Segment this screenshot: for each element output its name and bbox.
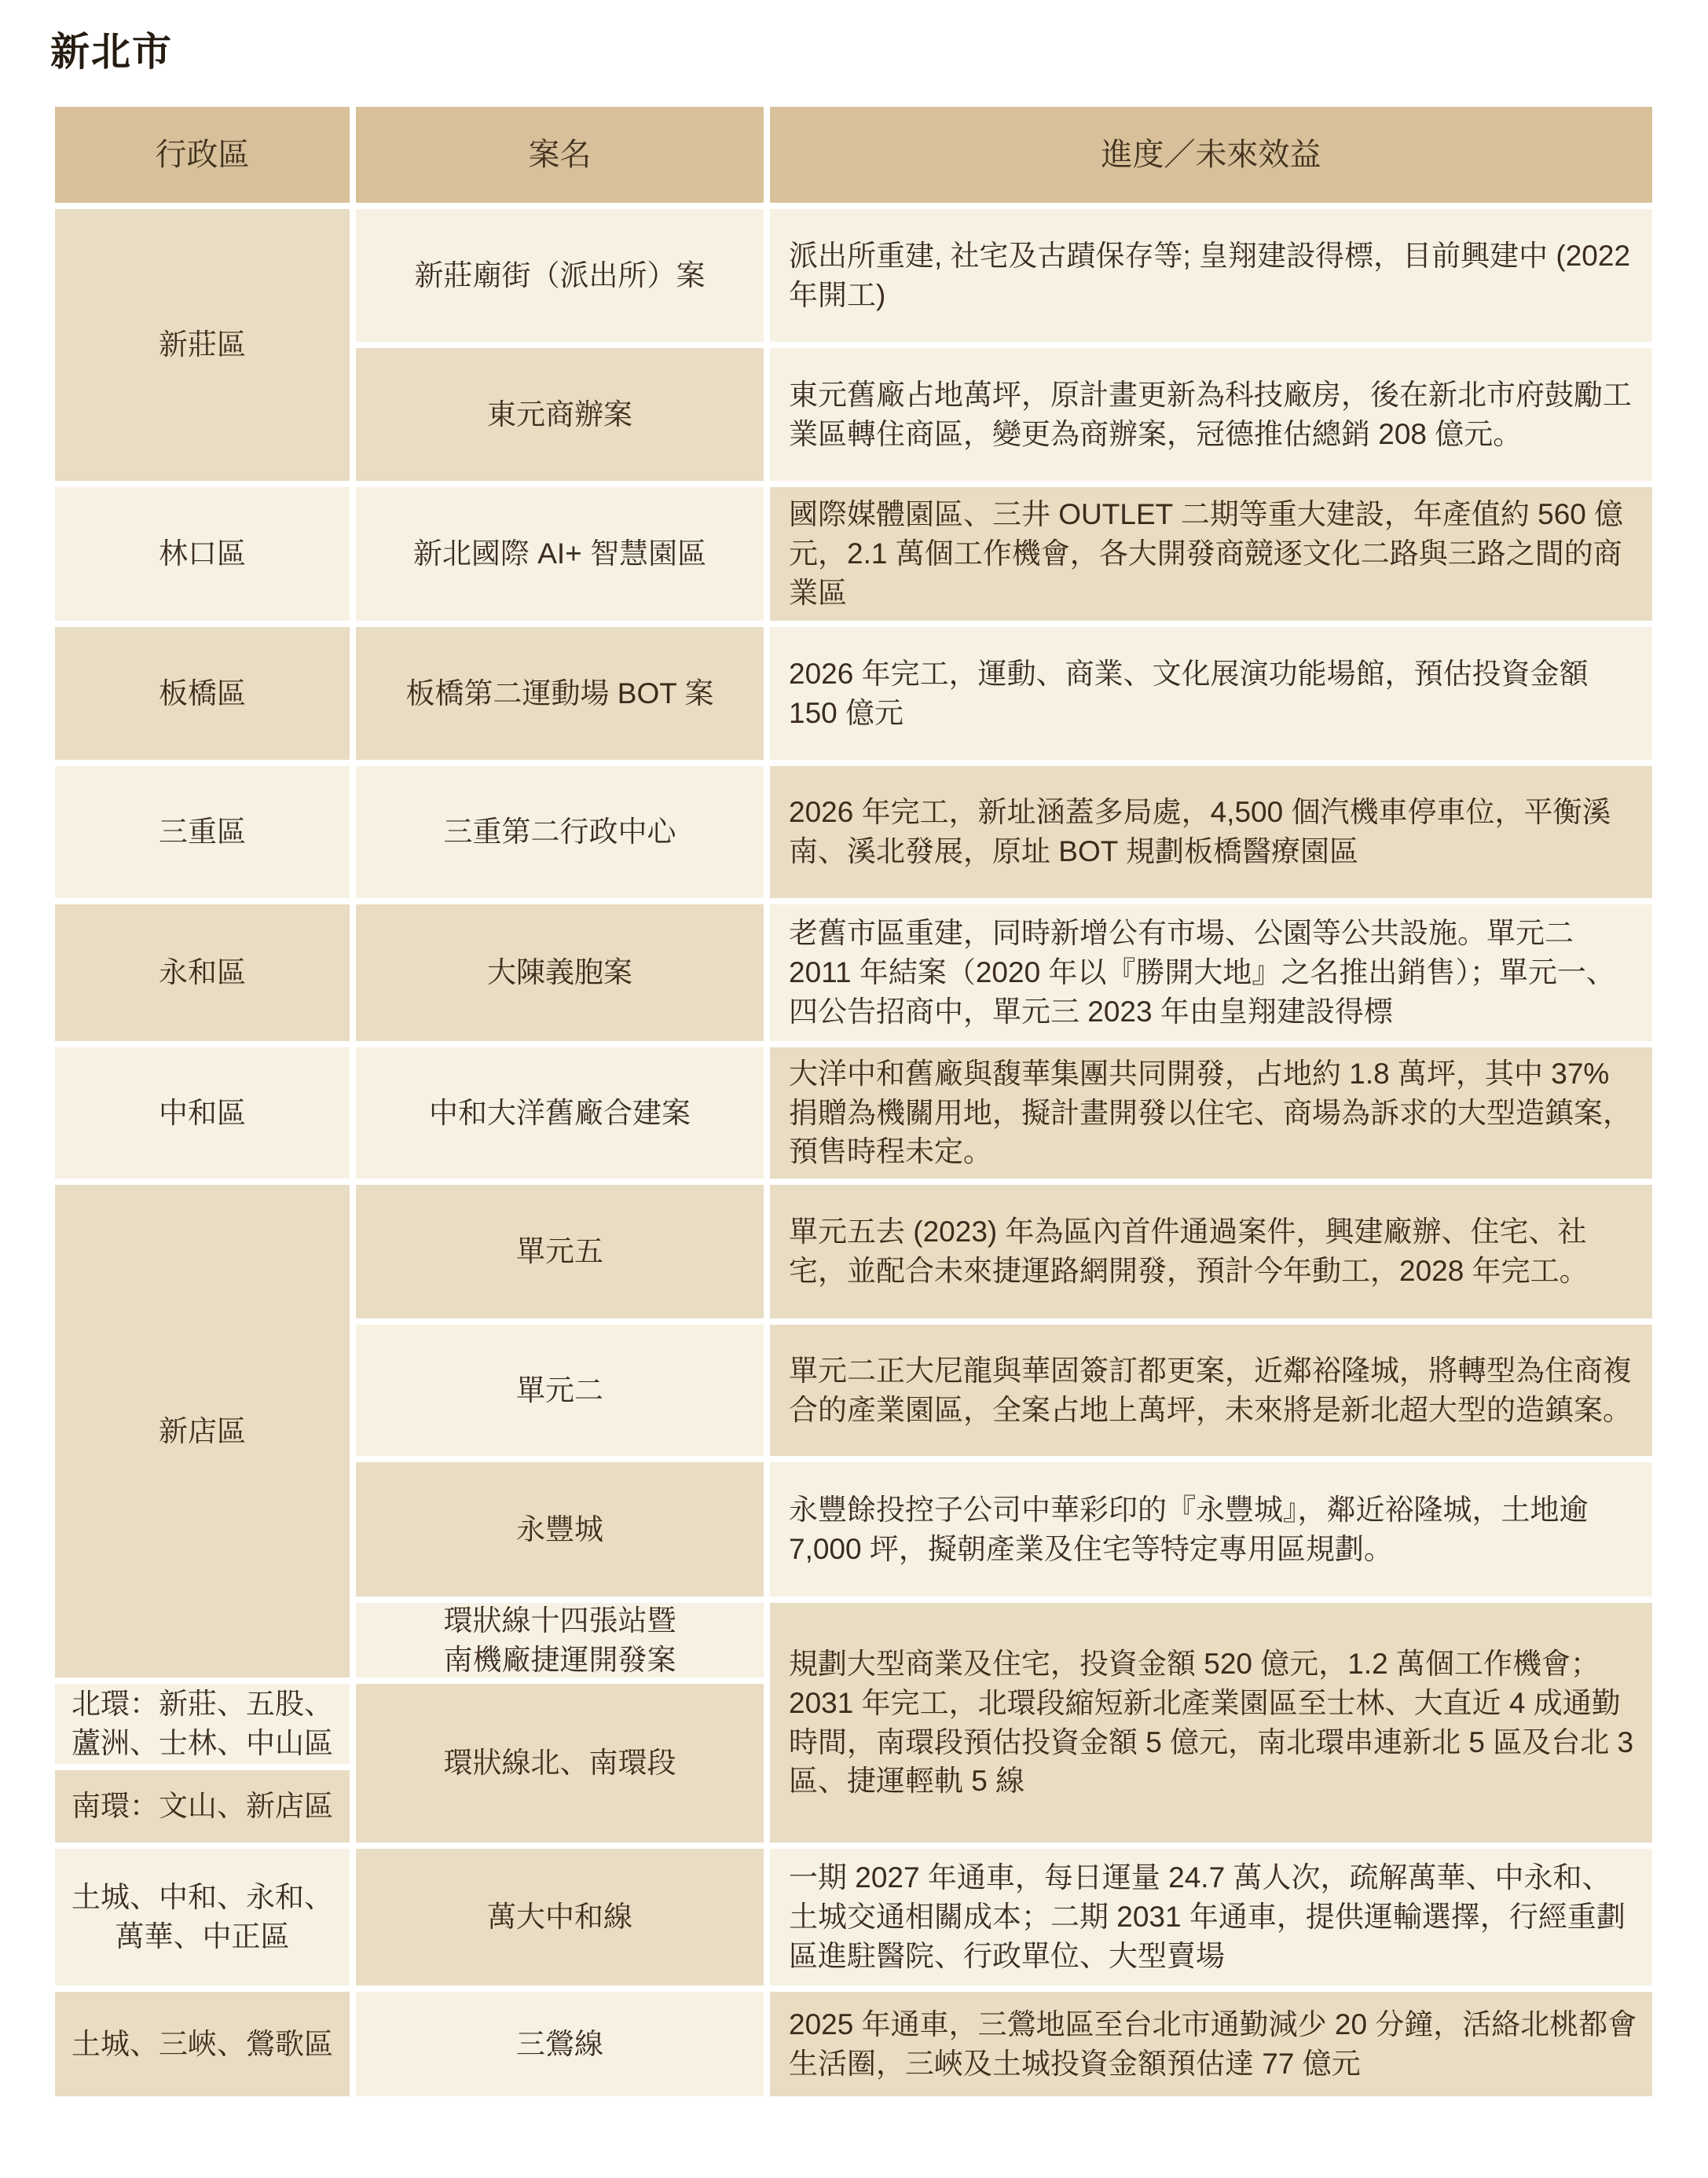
project-cell: 單元二 [356, 1325, 764, 1456]
progress-cell: 大洋中和舊廠與馥華集團共同開發，占地約 1.8 萬坪，其中 37% 捐贈為機關用… [770, 1047, 1652, 1179]
progress-text: 2026 年完工，運動、商業、文化展演功能場館，預估投資金額 150 億元 [789, 654, 1638, 733]
progress-cell: 國際媒體園區、三井 OUTLET 二期等重大建設，年產值約 560 億元，2.1… [770, 487, 1652, 621]
district-cell-wanda-line-districts: 土城、中和、永和、萬華、中正區 [55, 1849, 350, 1985]
district-cell-linkou: 林口區 [55, 487, 350, 621]
projects-table: 行政區 案名 進度／未來效益 新莊區 新莊廟街（派出所）案 派出所重建, 社宅及… [55, 107, 1652, 2096]
project-cell: 新莊廟街（派出所）案 [356, 209, 764, 342]
progress-text: 派出所重建, 社宅及古蹟保存等; 皇翔建設得標，目前興建中 (2022 年開工) [789, 236, 1638, 315]
district-cell-banqiao: 板橋區 [55, 627, 350, 760]
progress-cell: 東元舊廠占地萬坪，原計畫更新為科技廠房，後在新北市府鼓勵工業區轉住商區，變更為商… [770, 348, 1652, 481]
progress-text: 東元舊廠占地萬坪，原計畫更新為科技廠房，後在新北市府鼓勵工業區轉住商區，變更為商… [789, 376, 1638, 454]
project-cell: 環狀線十四張站暨南機廠捷運開發案 [356, 1603, 764, 1677]
progress-cell: 單元五去 (2023) 年為區內首件通過案件，興建廠辦、住宅、社宅，並配合未來捷… [770, 1185, 1652, 1318]
progress-cell-huanzhuangxian: 規劃大型商業及住宅，投資金額 520 億元，1.2 萬個工作機會；2031 年完… [770, 1603, 1652, 1842]
project-cell: 大陳義胞案 [356, 904, 764, 1041]
progress-text: 大洋中和舊廠與馥華集團共同開發，占地約 1.8 萬坪，其中 37% 捐贈為機關用… [789, 1054, 1638, 1172]
project-cell: 永豐城 [356, 1462, 764, 1597]
page: 新北市 行政區 案名 進度／未來效益 新莊區 新莊廟街（派出所）案 派出所重建,… [0, 0, 1708, 2178]
progress-text: 一期 2027 年通車，每日運量 24.7 萬人次，疏解萬華、中永和、土城交通相… [789, 1858, 1638, 1976]
district-cell-zhonghe: 中和區 [55, 1047, 350, 1179]
progress-text: 永豐餘投控子公司中華彩印的『永豐城』，鄰近裕隆城，土地逾 7,000 坪，擬朝產… [789, 1490, 1638, 1569]
district-cell-nanhuan: 南環：文山、新店區 [55, 1770, 350, 1842]
project-cell: 單元五 [356, 1185, 764, 1318]
progress-cell: 一期 2027 年通車，每日運量 24.7 萬人次，疏解萬華、中永和、土城交通相… [770, 1849, 1652, 1985]
progress-cell: 2026 年完工，運動、商業、文化展演功能場館，預估投資金額 150 億元 [770, 627, 1652, 760]
progress-cell: 老舊市區重建，同時新增公有市場、公園等公共設施。單元二 2011 年結案（202… [770, 904, 1652, 1041]
district-cell-beihuan: 北環：新莊、五股、蘆洲、士林、中山區 [55, 1684, 350, 1764]
column-header-progress: 進度／未來效益 [770, 107, 1652, 203]
progress-text: 單元二正大尼龍與華固簽訂都更案，近鄰裕隆城，將轉型為住商複合的產業園區，全案占地… [789, 1351, 1638, 1430]
progress-text: 單元五去 (2023) 年為區內首件通過案件，興建廠辦、住宅、社宅，並配合未來捷… [789, 1212, 1638, 1291]
page-title: 新北市 [50, 20, 173, 77]
project-cell: 萬大中和線 [356, 1849, 764, 1985]
project-cell: 板橋第二運動場 BOT 案 [356, 627, 764, 760]
progress-cell: 派出所重建, 社宅及古蹟保存等; 皇翔建設得標，目前興建中 (2022 年開工) [770, 209, 1652, 342]
progress-text: 規劃大型商業及住宅，投資金額 520 億元，1.2 萬個工作機會；2031 年完… [789, 1644, 1638, 1802]
project-cell-huanzhuangxian: 環狀線北、南環段 [356, 1684, 764, 1842]
district-cell-sanchong: 三重區 [55, 766, 350, 898]
progress-cell: 2026 年完工，新址涵蓋多局處，4,500 個汽機車停車位，平衡溪南、溪北發展… [770, 766, 1652, 898]
project-cell: 東元商辦案 [356, 348, 764, 481]
project-text: 環狀線十四張站暨南機廠捷運開發案 [434, 1601, 686, 1680]
project-cell: 三重第二行政中心 [356, 766, 764, 898]
column-header-project: 案名 [356, 107, 764, 203]
progress-text: 2025 年通車，三鶯地區至台北市通勤減少 20 分鐘，活絡北桃都會生活圈，三峽… [789, 2005, 1638, 2084]
district-cell-xinzhuang: 新莊區 [55, 209, 350, 481]
district-cell-sanying-line-districts: 土城、三峽、鶯歌區 [55, 1992, 350, 2096]
progress-cell: 永豐餘投控子公司中華彩印的『永豐城』，鄰近裕隆城，土地逾 7,000 坪，擬朝產… [770, 1462, 1652, 1597]
progress-text: 2026 年完工，新址涵蓋多局處，4,500 個汽機車停車位，平衡溪南、溪北發展… [789, 793, 1638, 871]
project-cell: 新北國際 AI+ 智慧園區 [356, 487, 764, 621]
progress-text: 老舊市區重建，同時新增公有市場、公園等公共設施。單元二 2011 年結案（202… [789, 914, 1638, 1032]
progress-cell: 2025 年通車，三鶯地區至台北市通勤減少 20 分鐘，活絡北桃都會生活圈，三峽… [770, 1992, 1652, 2096]
district-cell-xindian: 新店區 [55, 1185, 350, 1677]
column-header-district: 行政區 [55, 107, 350, 203]
district-cell-yonghe: 永和區 [55, 904, 350, 1041]
project-cell: 三鶯線 [356, 1992, 764, 2096]
project-cell: 中和大洋舊廠合建案 [356, 1047, 764, 1179]
progress-text: 國際媒體園區、三井 OUTLET 二期等重大建設，年產值約 560 億元，2.1… [789, 495, 1638, 613]
progress-cell: 單元二正大尼龍與華固簽訂都更案，近鄰裕隆城，將轉型為住商複合的產業園區，全案占地… [770, 1325, 1652, 1456]
